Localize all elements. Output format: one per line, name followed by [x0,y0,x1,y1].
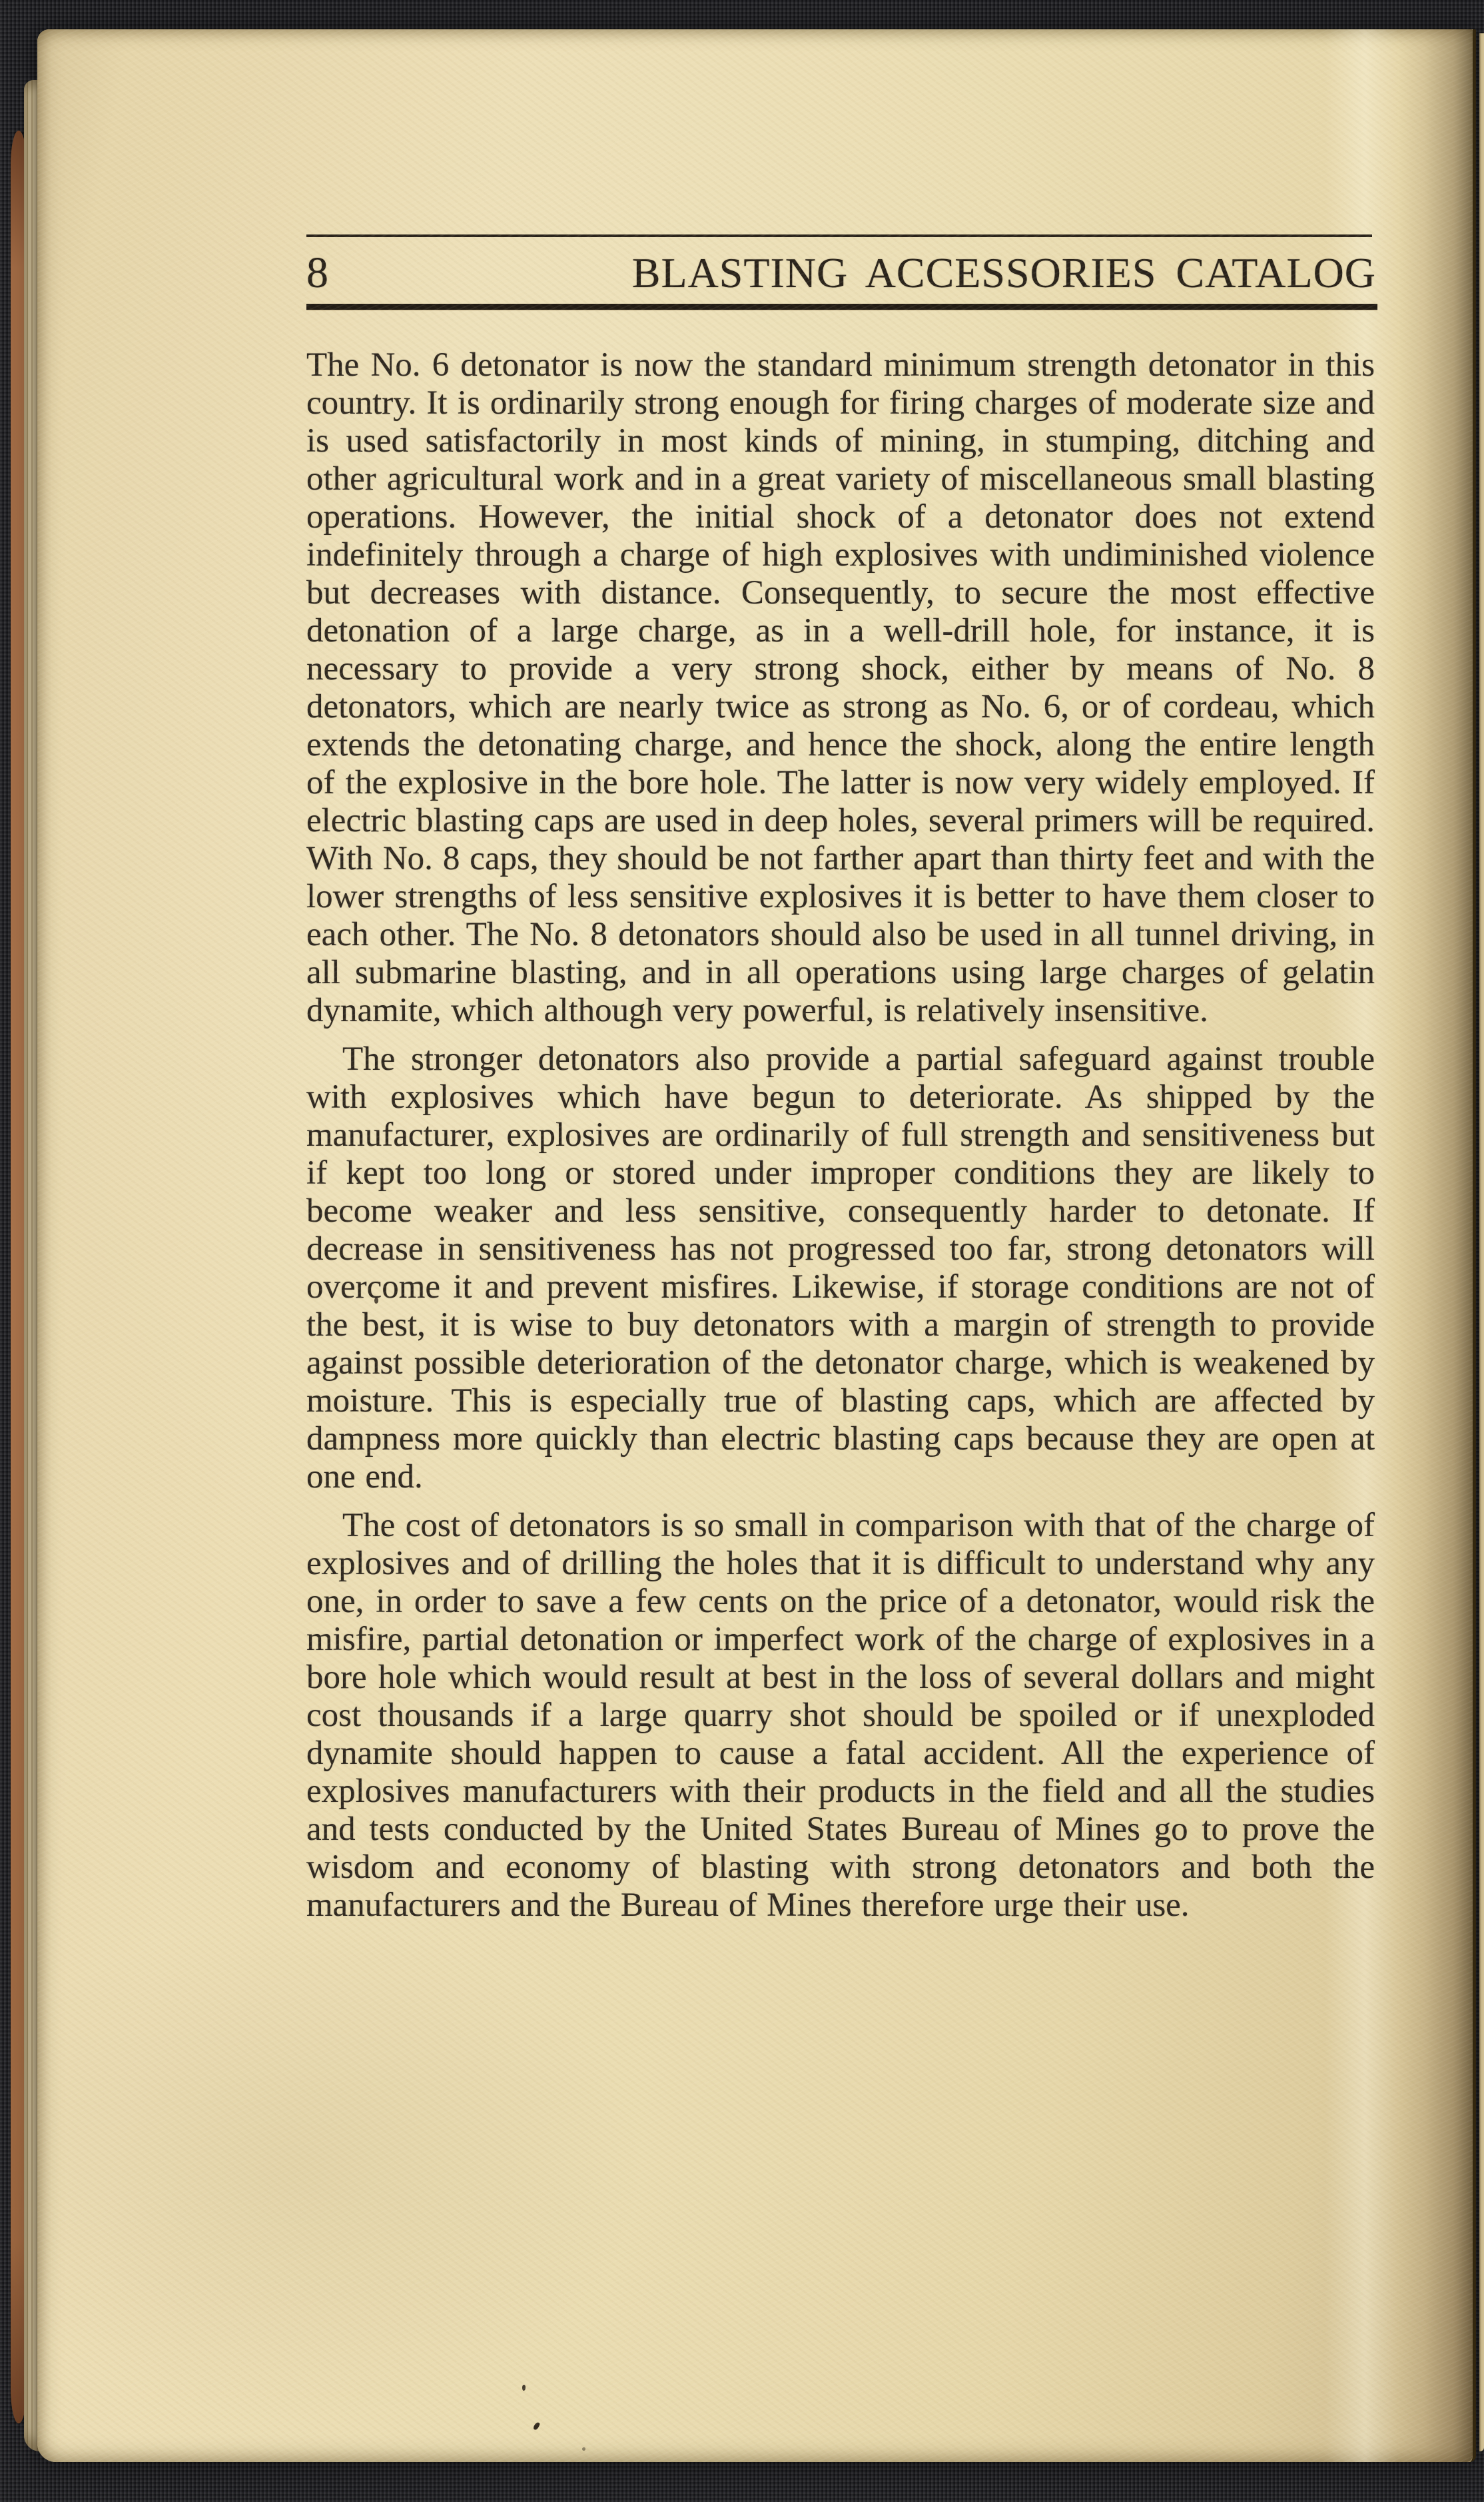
page: 8 BLASTING ACCESSORIES CATALOG The No. 6… [37,29,1476,2462]
ink-speck [533,2421,540,2431]
page-header: 8 BLASTING ACCESSORIES CATALOG [306,248,1376,298]
ink-speck [522,2385,526,2391]
body-text: The No. 6 detonator is now the standard … [306,346,1375,1935]
scanned-book-photo: 8 BLASTING ACCESSORIES CATALOG The No. 6… [0,0,1484,2502]
paragraph-3: The cost of detonators is so small in co… [306,1507,1375,1924]
running-head: BLASTING ACCESSORIES CATALOG [632,248,1376,298]
page-number: 8 [306,248,328,298]
ink-speck [582,2447,585,2451]
paragraph-1: The No. 6 detonator is now the standard … [306,346,1375,1030]
page-crease-shadow [1398,29,1473,2462]
paragraph-2: The stronger detonators also provide a p… [306,1041,1375,1496]
header-rule-bottom [306,304,1377,310]
next-page-edge [1479,33,1484,2451]
header-rule-top [306,234,1372,237]
